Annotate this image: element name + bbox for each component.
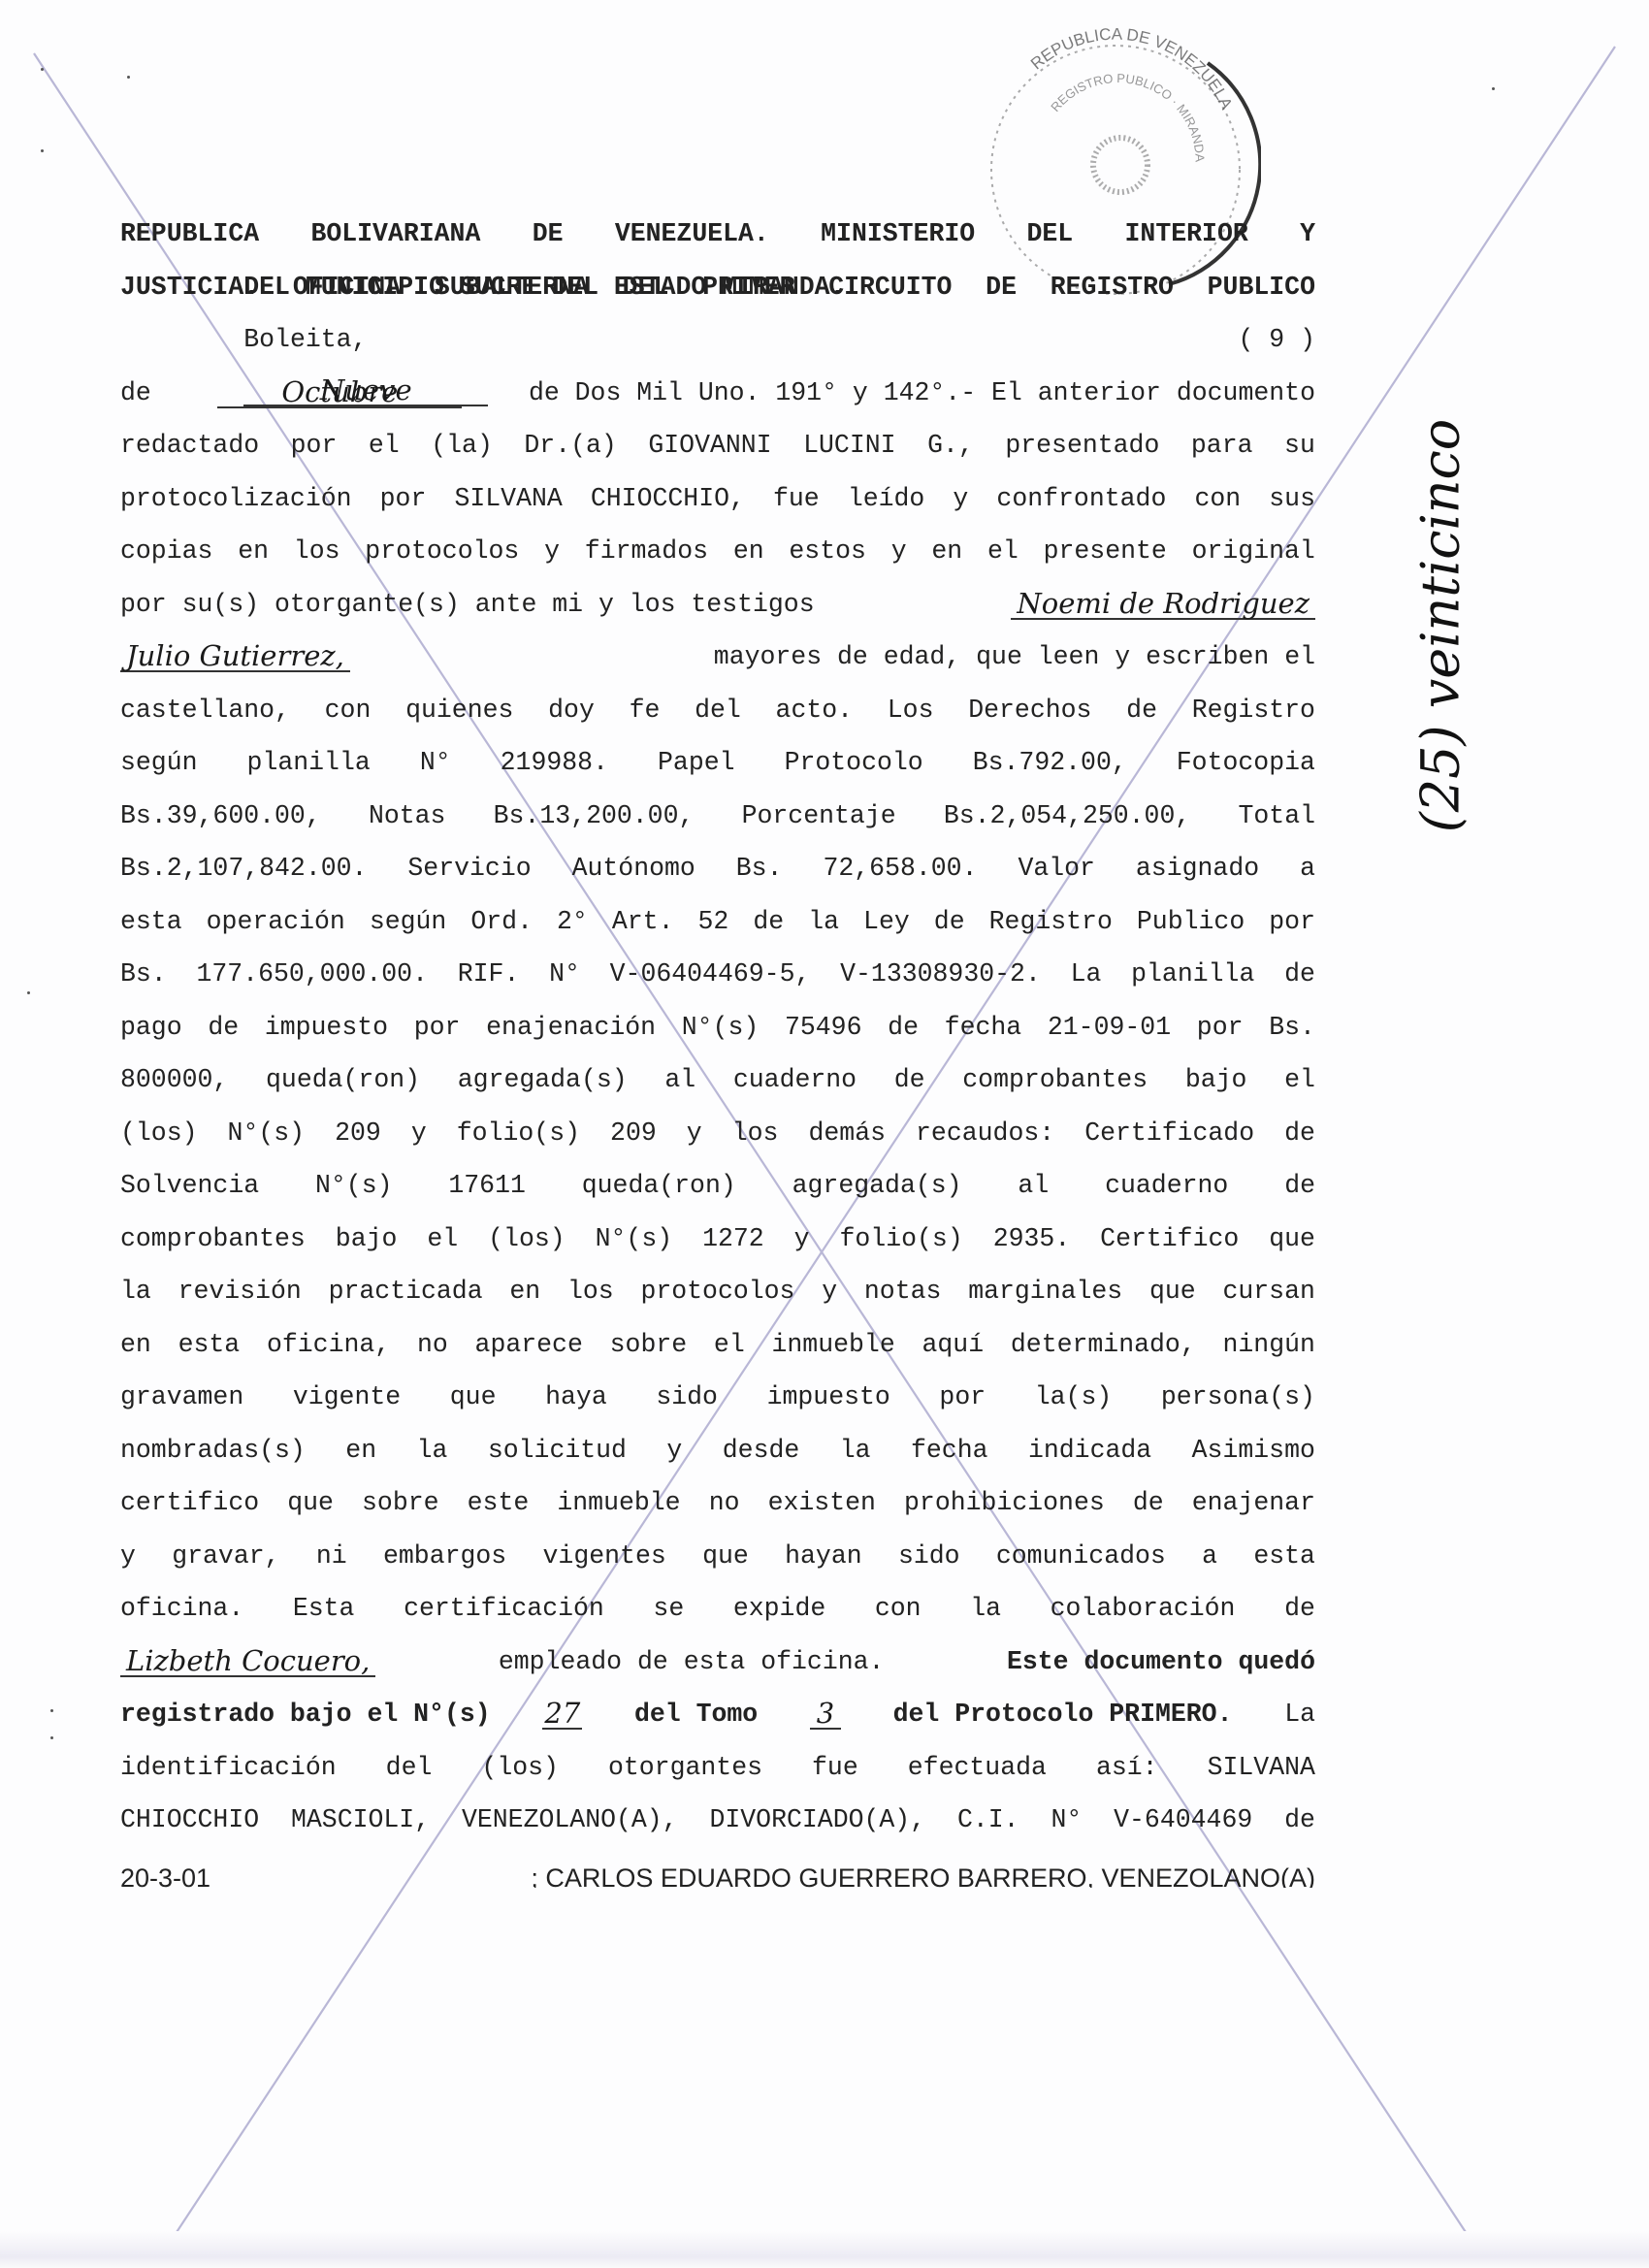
word: el <box>369 419 400 472</box>
word: impuesto <box>265 1001 388 1054</box>
word: determinado, <box>1011 1318 1196 1372</box>
word: Registro <box>989 895 1113 949</box>
word: confrontado <box>996 472 1166 526</box>
handwritten-employee-name: Lizbeth Cocuero, <box>120 1646 375 1677</box>
word: doy <box>548 684 595 737</box>
word: los <box>732 1107 779 1160</box>
word: el <box>427 1213 458 1266</box>
word: 52 <box>698 895 729 949</box>
body-line: 800000,queda(ron)agregada(s)alcuadernode… <box>120 1053 1315 1107</box>
word: Certificado <box>1084 1107 1254 1160</box>
word: N°(s) <box>315 1159 393 1213</box>
scan-speck <box>50 1709 53 1712</box>
word: otorgantes <box>608 1741 762 1795</box>
word: N° <box>549 948 580 1001</box>
word: copias <box>120 525 212 578</box>
word: por <box>414 1001 461 1054</box>
word: comprobantes <box>962 1053 1148 1107</box>
word: protocolos <box>365 525 519 578</box>
word: Notas <box>369 790 446 843</box>
word: sus <box>1269 472 1315 526</box>
word: Servicio <box>407 842 531 895</box>
word: que <box>1149 1265 1196 1318</box>
svg-text:REGISTRO PUBLICO · MIRANDA: REGISTRO PUBLICO · MIRANDA <box>1048 71 1207 162</box>
word: y <box>666 1424 682 1477</box>
word: cuaderno <box>733 1053 857 1107</box>
word: los <box>294 525 340 578</box>
word: sobre <box>610 1318 688 1372</box>
word: de <box>208 1001 239 1054</box>
word: de <box>934 895 965 949</box>
word: expide <box>733 1582 825 1636</box>
word: 1272 <box>702 1213 764 1266</box>
word: 17611 <box>448 1159 526 1213</box>
word: 219988. <box>501 736 608 790</box>
word: esta <box>1253 1530 1315 1583</box>
handwritten-witness-2: Julio Gutierrez, <box>120 641 350 672</box>
word: pago <box>120 1001 182 1054</box>
word: inmueble <box>557 1476 680 1530</box>
word: REGISTRO <box>1051 261 1174 314</box>
word: Ley <box>863 895 910 949</box>
word: protocolización <box>120 472 352 526</box>
word: 2° <box>557 895 588 949</box>
body-line: CHIOCCHIOMASCIOLI,VENEZOLANO(A),DIVORCIA… <box>120 1794 1315 1847</box>
word: redactado <box>120 419 259 472</box>
word: colaboración <box>1051 1582 1236 1636</box>
scan-speck <box>1492 87 1495 90</box>
word: y <box>411 1107 427 1160</box>
word: nombradas(s) <box>120 1424 306 1477</box>
word: V-6404469 <box>1114 1794 1252 1847</box>
word: con <box>325 684 372 737</box>
handwritten-month: Octubre <box>217 377 462 408</box>
handwritten-page-number: (25) veinticinco <box>1410 419 1471 833</box>
word: certifico <box>120 1476 259 1530</box>
word: comunicados <box>996 1530 1166 1583</box>
word: (los) <box>481 1741 559 1795</box>
body-line: Bs.2,107,842.00.ServicioAutónomoBs.72,65… <box>120 842 1315 895</box>
word: en <box>509 1265 540 1318</box>
word: y <box>794 1213 810 1266</box>
word: con <box>1194 472 1241 526</box>
word: Y <box>1300 208 1315 261</box>
word: en <box>345 1424 376 1477</box>
word: protocolos <box>640 1265 794 1318</box>
word: La <box>1071 948 1102 1001</box>
word: Bs. <box>120 948 167 1001</box>
word: DE <box>986 261 1017 314</box>
word: de <box>1284 1107 1315 1160</box>
word: 2935. <box>993 1213 1071 1266</box>
word: se <box>653 1582 684 1636</box>
text: mayores de edad, que leen y escriben el <box>714 631 1315 684</box>
word: Ord. <box>470 895 533 949</box>
word: hayan <box>785 1530 862 1583</box>
word: Bs.39,600.00, <box>120 790 321 843</box>
word: al <box>664 1053 695 1107</box>
word: que <box>450 1371 497 1424</box>
word: la <box>808 895 839 949</box>
body-line: oficina.Estacertificaciónseexpideconlaco… <box>120 1582 1315 1636</box>
body-line: larevisiónpracticadaenlosprotocolosynota… <box>120 1265 1315 1318</box>
word: Protocolo <box>785 736 923 790</box>
word: CHIOCCHIO <box>120 1794 259 1847</box>
word: el <box>1284 1053 1315 1107</box>
body-line: Bs.39,600.00,NotasBs.13,200.00,Porcentaj… <box>120 790 1315 843</box>
word: leído <box>848 472 925 526</box>
word: por <box>1197 1001 1244 1054</box>
word: vigentes <box>543 1530 666 1583</box>
bold-text: Este documento quedó <box>1007 1636 1315 1689</box>
word: RIF. <box>458 948 520 1001</box>
header-line-3: DEL MUNICIPIO SUCRE DEL ESTADO MIRANDA. … <box>120 313 1315 367</box>
word: Derechos <box>968 684 1091 737</box>
word: Esta <box>293 1582 355 1636</box>
word: ningún <box>1223 1318 1315 1372</box>
word: no <box>417 1318 448 1372</box>
word: de <box>1284 1159 1315 1213</box>
word: cuaderno <box>1105 1159 1228 1213</box>
word: (los) <box>120 1107 198 1160</box>
word: queda(ron) <box>582 1159 736 1213</box>
text: ; CARLOS EDUARDO GUERRERO BARRERO, VENEZ… <box>531 1866 1315 1888</box>
word: a <box>1202 1530 1217 1583</box>
word: al <box>1018 1159 1049 1213</box>
word: a <box>1300 842 1315 895</box>
word: impuesto <box>767 1371 890 1424</box>
word: demás <box>808 1107 886 1160</box>
word: (los) <box>488 1213 566 1266</box>
word: de <box>888 1001 919 1054</box>
word: del <box>386 1741 433 1795</box>
registration-line: registrado bajo el N°(s) 27 del Tomo 3 d… <box>120 1688 1315 1741</box>
word: aparece <box>475 1318 583 1372</box>
word: y <box>120 1530 136 1583</box>
employee-line: Lizbeth Cocuero, empleado de esta oficin… <box>120 1636 1315 1689</box>
word: su <box>1284 419 1315 472</box>
word: 75496 <box>785 1001 862 1054</box>
word: C.I. <box>957 1794 1019 1847</box>
day-number: ( 9 ) <box>1238 313 1315 367</box>
word: estos <box>789 525 866 578</box>
document-body: REPUBLICABOLIVARIANADEVENEZUELA.MINISTER… <box>120 208 1315 1847</box>
word: de <box>1284 1794 1315 1847</box>
word: Registro <box>1192 684 1315 737</box>
word: folio(s) <box>457 1107 580 1160</box>
body-line: gravamenvigentequehayasidoimpuestoporla(… <box>120 1371 1315 1424</box>
word: 21-09-01 <box>1048 1001 1171 1054</box>
word: Bs.2,107,842.00. <box>120 842 367 895</box>
scan-speck <box>27 991 30 994</box>
word: que <box>1269 1213 1315 1266</box>
word: notas <box>864 1265 942 1318</box>
word: Bs. <box>1269 1001 1315 1054</box>
word: de <box>1284 1582 1315 1636</box>
bold-text: del Protocolo PRIMERO. <box>893 1688 1233 1741</box>
word: del <box>695 684 741 737</box>
word: gravar, <box>172 1530 279 1583</box>
word: sobre <box>362 1476 439 1530</box>
body-line: copiasenlosprotocolosyfirmadosenestosyen… <box>120 525 1315 578</box>
word: Bs. <box>736 842 783 895</box>
word: planilla <box>1131 948 1254 1001</box>
body-line: pagodeimpuestoporenajenaciónN°(s)75496de… <box>120 1001 1315 1054</box>
word: 209 <box>335 1107 381 1160</box>
word: este <box>468 1476 530 1530</box>
word: Valor <box>1018 842 1095 895</box>
word: prohibiciones <box>904 1476 1105 1530</box>
word: fue <box>812 1741 858 1795</box>
word: Art. <box>612 895 674 949</box>
word: esta <box>178 1318 241 1372</box>
word: identificación <box>120 1741 337 1795</box>
word: sido <box>898 1530 960 1583</box>
word: Bs.2,054,250.00, <box>944 790 1190 843</box>
word: en <box>733 525 764 578</box>
word: oficina. <box>120 1582 243 1636</box>
word: con <box>875 1582 921 1636</box>
scan-speck <box>41 68 44 71</box>
body-line: estaoperaciónsegúnOrd.2°Art.52delaLeydeR… <box>120 895 1315 949</box>
body-line: identificacióndel(los)otorgantesfueefect… <box>120 1741 1315 1795</box>
cut-off-line: 20-3-01 ; CARLOS EDUARDO GUERRERO BARRER… <box>120 1866 1315 1888</box>
bold-text: del Tomo <box>634 1688 758 1741</box>
text: empleado de esta oficina. <box>499 1636 885 1689</box>
word: GIOVANNI <box>648 419 771 472</box>
word: en <box>931 525 962 578</box>
word: PUBLICO <box>1208 261 1315 314</box>
word: y <box>544 525 560 578</box>
body-line: enestaoficina,noaparecesobreelinmuebleaq… <box>120 1318 1315 1372</box>
word: inmueble <box>772 1318 895 1372</box>
document-page: REPUBLICA DE VENEZUELA REGISTRO PUBLICO … <box>0 0 1649 2268</box>
word: y <box>891 525 907 578</box>
word: agregada(s) <box>458 1053 628 1107</box>
scan-speck <box>41 149 44 152</box>
body-line: SolvenciaN°(s)17611queda(ron)agregada(s)… <box>120 1159 1315 1213</box>
word: 177.650,000.00. <box>196 948 428 1001</box>
word: la(s) <box>1035 1371 1113 1424</box>
witness-line: por su(s) otorgante(s) ante mi y los tes… <box>120 578 1315 632</box>
word: enajenar <box>1192 1476 1315 1530</box>
word: la <box>970 1582 1001 1636</box>
word: no <box>709 1476 740 1530</box>
word: N° <box>1051 1794 1082 1847</box>
word: esta <box>120 895 182 949</box>
word: de <box>1126 684 1157 737</box>
word: vigente <box>293 1371 401 1424</box>
handwritten-date: 20-3-01 <box>120 1866 210 1888</box>
word: firmados <box>585 525 708 578</box>
word: original <box>1192 525 1315 578</box>
body-line: comprobantesbajoel(los)N°(s)1272yfolio(s… <box>120 1213 1315 1266</box>
word: SILVANA <box>1208 1741 1315 1795</box>
word: N°(s) <box>228 1107 306 1160</box>
word: Publico <box>1137 895 1245 949</box>
body-line: nombradas(s)enlasolicitudydesdelafechain… <box>120 1424 1315 1477</box>
scan-speck <box>50 1736 53 1739</box>
word: Fotocopia <box>1177 736 1315 790</box>
word: certificación <box>404 1582 604 1636</box>
word: de <box>1133 1476 1164 1530</box>
word: por <box>380 472 427 526</box>
word: bajo <box>336 1213 398 1266</box>
word: cursan <box>1222 1265 1314 1318</box>
word: sido <box>656 1371 718 1424</box>
word: practicada <box>329 1265 483 1318</box>
margin-annotation: (25) veinticinco <box>1397 320 1484 931</box>
word: V-13308930-2. <box>840 948 1041 1001</box>
body-line: castellano,conquienesdoyfedelacto.LosDer… <box>120 684 1315 737</box>
body-line: Bs.177.650,000.00.RIF.N°V-06404469-5,V-1… <box>120 948 1315 1001</box>
body-line: (los)N°(s)209yfolio(s)209ylosdemásrecaud… <box>120 1107 1315 1160</box>
word: N°(s) <box>682 1001 760 1054</box>
word: 209 <box>610 1107 657 1160</box>
word: la <box>120 1265 151 1318</box>
body-line: redactadoporel(la)Dr.(a)GIOVANNILUCINIG.… <box>120 419 1315 472</box>
body-line: certificoquesobreesteinmueblenoexistenpr… <box>120 1476 1315 1530</box>
word: agregada(s) <box>792 1159 962 1213</box>
word: recaudos: <box>916 1107 1054 1160</box>
word: de <box>894 1053 925 1107</box>
word: y <box>687 1107 702 1160</box>
word: en <box>120 1318 151 1372</box>
body-line: protocolizaciónporSILVANACHIOCCHIO,fuele… <box>120 472 1315 526</box>
word: y <box>953 472 968 526</box>
word: castellano, <box>120 684 290 737</box>
bold-text: registrado bajo el N°(s) <box>120 1688 491 1741</box>
text: por su(s) otorgante(s) ante mi y los tes… <box>120 578 815 632</box>
word: presentado <box>1005 419 1159 472</box>
svg-text:REPUBLICA DE VENEZUELA: REPUBLICA DE VENEZUELA <box>1027 25 1236 113</box>
word: DEL <box>1027 208 1074 261</box>
word: fe <box>630 684 661 737</box>
word: Solvencia <box>120 1159 259 1213</box>
word: G., <box>927 419 974 472</box>
word: los <box>567 1265 614 1318</box>
word: de <box>753 895 784 949</box>
word: queda(ron) <box>266 1053 420 1107</box>
word: DIVORCIADO(A), <box>709 1794 925 1847</box>
word: SILVANA <box>454 472 562 526</box>
body-line: segúnplanillaN°219988.PapelProtocoloBs.7… <box>120 736 1315 790</box>
handwritten-witness-1: Noemi de Rodriguez <box>1011 589 1315 620</box>
word: 800000, <box>120 1053 228 1107</box>
word: el <box>987 525 1018 578</box>
word: que <box>287 1476 334 1530</box>
text: de <box>120 367 151 420</box>
word: la <box>840 1424 871 1477</box>
word: fecha <box>911 1424 988 1477</box>
word: Bs.792.00, <box>973 736 1127 790</box>
word: bajo <box>1185 1053 1247 1107</box>
header-text: DEL MUNICIPIO SUCRE DEL ESTADO MIRANDA. <box>243 273 845 302</box>
body-line: ygravar,niembargosvigentesquehayansidoco… <box>120 1530 1315 1583</box>
word: oficina, <box>267 1318 390 1372</box>
scan-speck <box>127 76 130 79</box>
word: enajenación <box>486 1001 656 1054</box>
word: Bs.13,200.00, <box>494 790 695 843</box>
word: asignado <box>1136 842 1259 895</box>
word: quienes <box>405 684 513 737</box>
word: según <box>370 895 447 949</box>
word: el <box>714 1318 745 1372</box>
word: planilla <box>247 736 371 790</box>
text: La <box>1284 1688 1315 1741</box>
word: Dr.(a) <box>524 419 616 472</box>
word: VENEZOLANO(A), <box>462 1794 678 1847</box>
word: Total <box>1238 790 1315 843</box>
word: persona(s) <box>1161 1371 1315 1424</box>
word: por <box>291 419 338 472</box>
word: N° <box>420 736 451 790</box>
word: acto. <box>776 684 854 737</box>
word: fecha <box>945 1001 1022 1054</box>
word: LUCINI <box>803 419 895 472</box>
place-text: Boleita, <box>243 325 367 354</box>
word: haya <box>545 1371 607 1424</box>
word: Certifico <box>1100 1213 1239 1266</box>
word: CHIOCCHIO, <box>591 472 745 526</box>
word: en <box>238 525 269 578</box>
handwritten-tomo: 3 <box>810 1699 841 1730</box>
word: gravamen <box>120 1371 243 1424</box>
word: MASCIOLI, <box>291 1794 430 1847</box>
word: aquí <box>922 1318 985 1372</box>
word: para <box>1191 419 1253 472</box>
word: operación <box>207 895 345 949</box>
word: solicitud <box>488 1424 627 1477</box>
word: según <box>120 736 198 790</box>
word: fue <box>773 472 820 526</box>
word: que <box>702 1530 749 1583</box>
witness-line-2: Julio Gutierrez, mayores de edad, que le… <box>120 631 1315 684</box>
word: Los <box>888 684 934 737</box>
word: por <box>1269 895 1315 949</box>
word: por <box>939 1371 986 1424</box>
word: así: <box>1096 1741 1158 1795</box>
word: la <box>417 1424 448 1477</box>
word: presente <box>1044 525 1167 578</box>
word: de <box>1284 948 1315 1001</box>
word: CIRCUITO <box>828 261 952 314</box>
word: marginales <box>968 1265 1122 1318</box>
word: folio(s) <box>840 1213 963 1266</box>
word: Papel <box>658 736 735 790</box>
text: de Dos Mil Uno. 191° y 142°.- El anterio… <box>529 367 1315 420</box>
word: indicada <box>1028 1424 1151 1477</box>
word: desde <box>723 1424 800 1477</box>
word: (la) <box>431 419 493 472</box>
word: V-06404469-5, <box>610 948 811 1001</box>
scan-bottom-edge <box>0 2231 1649 2268</box>
word: efectuada <box>908 1741 1047 1795</box>
handwritten-number: 27 <box>542 1699 582 1730</box>
word: comprobantes <box>120 1213 306 1266</box>
word: N°(s) <box>596 1213 673 1266</box>
word: 72,658.00. <box>823 842 977 895</box>
word: revisión <box>178 1265 302 1318</box>
word: INTERIOR <box>1125 208 1248 261</box>
word: Asimismo <box>1192 1424 1315 1477</box>
word: y <box>822 1265 837 1318</box>
word: Porcentaje <box>742 790 896 843</box>
word: embargos <box>383 1530 506 1583</box>
word: ni <box>316 1530 347 1583</box>
word: Autónomo <box>572 842 695 895</box>
word: existen <box>768 1476 876 1530</box>
